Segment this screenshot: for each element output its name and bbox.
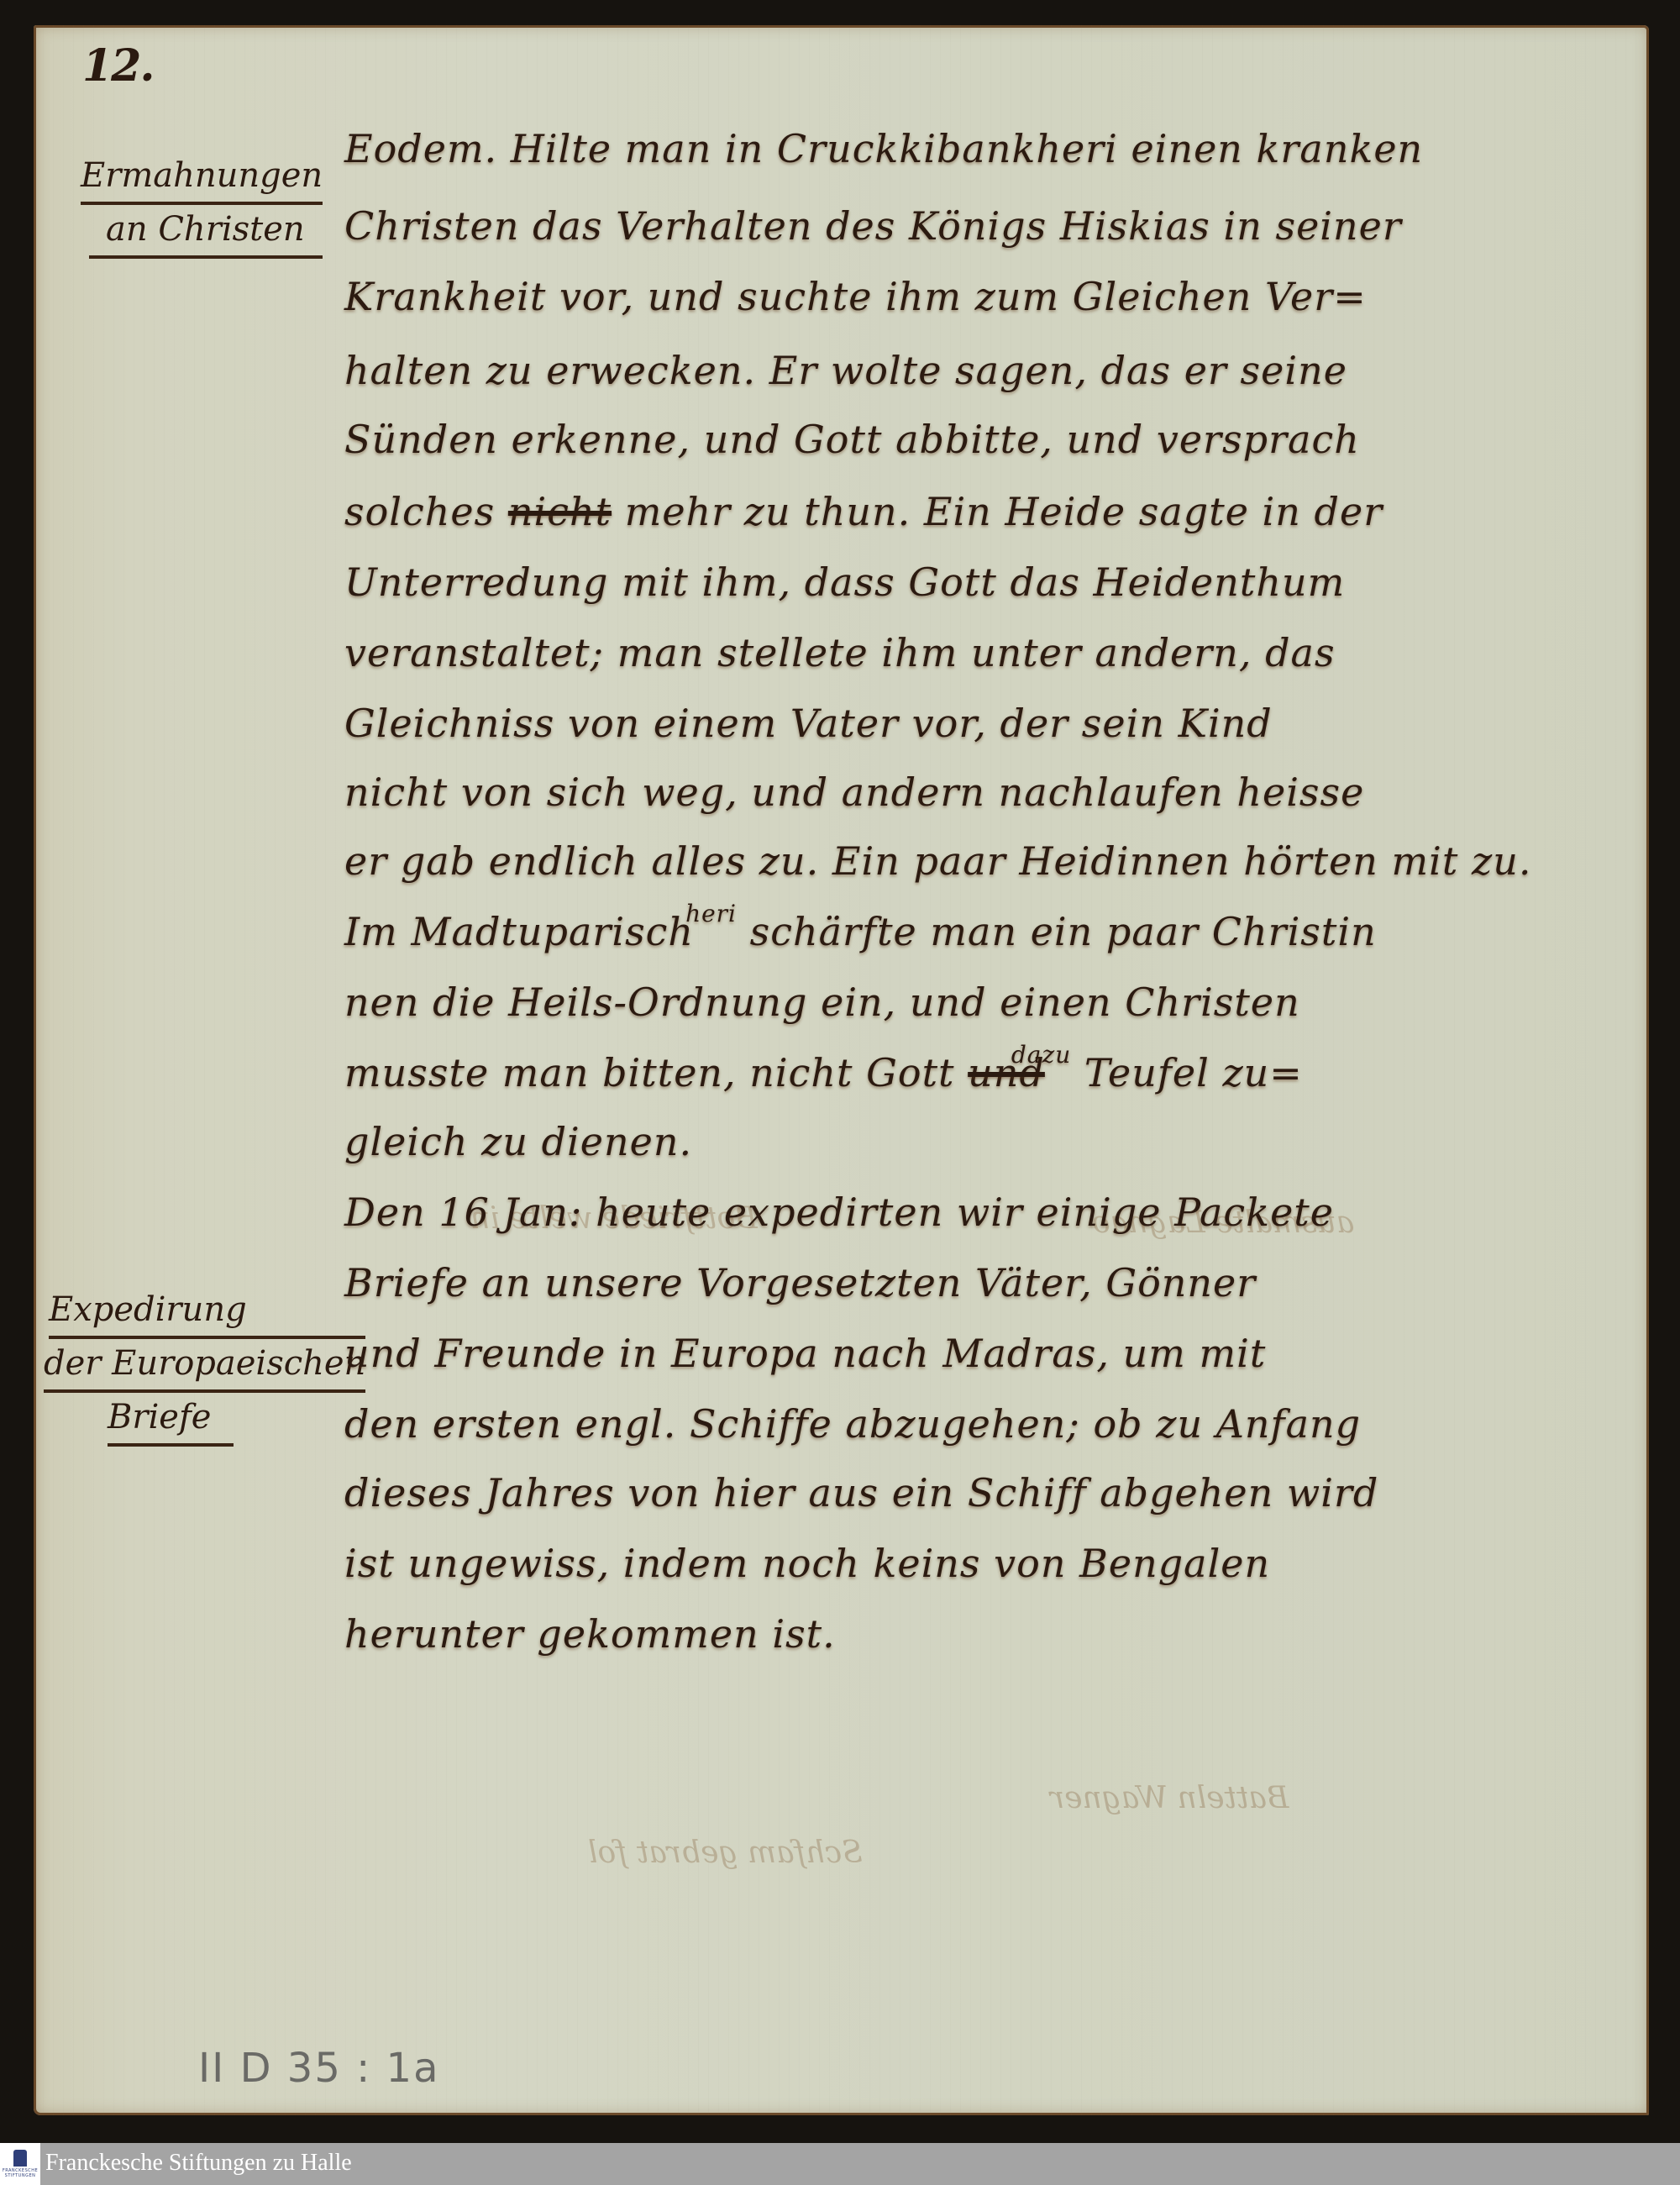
text-line: musste man bitten, nicht Gott unddazu Te… — [344, 1050, 1303, 1095]
margin-note-line: Expedirung — [49, 1285, 365, 1339]
text-line: solches nicht mehr zu thun. Ein Heide sa… — [344, 489, 1383, 534]
text-line: Eodem. Hilte man in Cruckkibankheri eine… — [344, 126, 1423, 171]
struck-word: nicht — [508, 489, 612, 534]
text-line: nen die Heils-Ordnung ein, und einen Chr… — [344, 980, 1300, 1025]
margin-note-exhortation: Ermahnungen an Christen — [81, 151, 323, 259]
bleed-through-text: Schfam gebrat fol — [588, 1836, 863, 1870]
shelfmark: II D 35 : 1a — [198, 2045, 440, 2092]
margin-note-line: an Christen — [89, 205, 323, 259]
text-line: herunter gekommen ist. — [344, 1611, 836, 1657]
footer-bar: FRANCKESCHE STIFTUNGEN Franckesche Stift… — [0, 2143, 1680, 2185]
text-line: Sünden erkenne, und Gott abbitte, und ve… — [344, 417, 1360, 462]
bleed-through-text: Batteln Wagner — [1050, 1781, 1289, 1815]
text-line: und Freunde in Europa nach Madras, um mi… — [344, 1331, 1266, 1376]
interlinear-insertion: heri — [685, 900, 737, 927]
text-line: halten zu erwecken. Er wolte sagen, das … — [344, 348, 1347, 393]
margin-note-expedition: Expedirung der Europaeischen Briefe — [49, 1285, 365, 1447]
text-line: veranstaltet; man stellete ihm unter and… — [344, 630, 1336, 675]
margin-note-line: Briefe — [108, 1393, 234, 1447]
logo-figure-icon — [13, 2150, 27, 2167]
text-line: Gleichniss von einem Vater vor, der sein… — [344, 701, 1273, 746]
text-line: er gab endlich alles zu. Ein paar Heidin… — [344, 838, 1531, 884]
text-line: Krankheit vor, und suchte ihm zum Gleich… — [344, 274, 1367, 319]
margin-note-line: der Europaeischen — [44, 1339, 365, 1393]
text-line: ist ungewiss, indem noch keins von Benga… — [344, 1541, 1270, 1586]
institution-logo: FRANCKESCHE STIFTUNGEN — [0, 2143, 40, 2185]
text-line: den ersten engl. Schiffe abzugehen; ob z… — [344, 1401, 1361, 1447]
text-line: Den 16 Jan: heute expedirten wir einige … — [344, 1190, 1334, 1235]
institution-name: Franckesche Stiftungen zu Halle — [45, 2150, 352, 2177]
text-line: Christen das Verhalten des Königs Hiskia… — [344, 203, 1402, 249]
folio-number: 12. — [82, 40, 153, 92]
interlinear-insertion: dazu — [1011, 1041, 1071, 1069]
text-line: dieses Jahres von hier aus ein Schiff ab… — [344, 1470, 1378, 1515]
text-line: Briefe an unsere Vorgesetzten Väter, Gön… — [344, 1260, 1256, 1305]
text-line: gleich zu dienen. — [344, 1119, 692, 1164]
text-line: nicht von sich weg, und andern nachlaufe… — [344, 769, 1364, 815]
text-line: Im Madtuparischheri schärfte man ein paa… — [344, 909, 1377, 954]
margin-note-line: Ermahnungen — [81, 151, 323, 205]
text-line: Unterredung mit ihm, dass Gott das Heide… — [344, 559, 1345, 605]
